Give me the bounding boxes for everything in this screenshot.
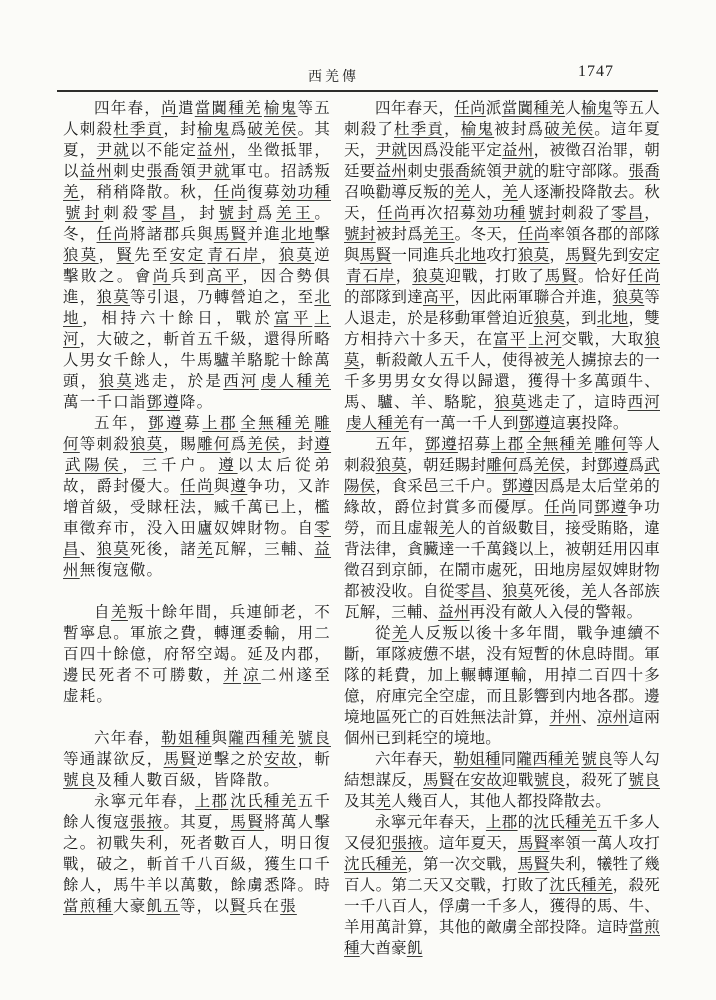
paragraph: 四年春天，任尚派當闐種羌人榆鬼等五人刺殺了杜季貢，榆鬼被封爲破羌侯。這年夏天，尹… bbox=[344, 98, 660, 434]
text-run: 瓦解，三輔、 bbox=[214, 541, 315, 558]
proper-noun: 羌 bbox=[502, 184, 518, 201]
proper-noun: 鄧遵 bbox=[597, 457, 629, 474]
proper-noun: 號封 bbox=[528, 205, 561, 222]
text-run: 。其夏， bbox=[164, 814, 231, 831]
paragraph: 五年，鄧遵募上郡全無種羌雕何等刺殺狼莫，賜雕何爲羌侯，封遵武陽侯，三千户。遵以太… bbox=[63, 413, 331, 581]
proper-noun: 任尚 bbox=[97, 226, 131, 243]
proper-noun: 北地 bbox=[597, 310, 629, 327]
text-run: 募 bbox=[184, 415, 202, 432]
proper-noun: 張喬 bbox=[628, 163, 660, 180]
text-run: 等刺殺 bbox=[80, 436, 130, 453]
text-run: 有一萬一千人到 bbox=[409, 415, 519, 432]
proper-noun: 狼莫 bbox=[412, 268, 445, 285]
text-run: 。這年夏天， bbox=[423, 835, 518, 852]
proper-noun: 張 bbox=[280, 898, 297, 915]
text-run: 六年春， bbox=[94, 730, 161, 747]
proper-noun: 任尚 bbox=[454, 100, 486, 117]
proper-noun: 雕何 bbox=[197, 436, 231, 453]
paragraph: 六年春，勒姐種與隴西種羌號良等通謀欲反，馬賢逆擊之於安故，斬號良及種人數百級，皆… bbox=[63, 728, 331, 791]
proper-noun: 鄧遵 bbox=[148, 415, 184, 432]
proper-noun: 隴西種羌 bbox=[517, 751, 580, 768]
translation-text-column: 四年春天，任尚派當闐種羌人榆鬼等五人刺殺了杜季貢，榆鬼被封爲破羌侯。這年夏天，尹… bbox=[344, 98, 660, 959]
text-run: ，三千户。 bbox=[123, 457, 219, 474]
proper-noun: 狼莫 bbox=[376, 457, 408, 474]
proper-noun: 狼莫 bbox=[99, 373, 135, 390]
text-run: 領 bbox=[180, 163, 197, 180]
proper-noun: 安定 bbox=[170, 247, 206, 264]
proper-noun: 飢五 bbox=[147, 898, 180, 915]
text-run: 四年春， bbox=[94, 100, 161, 117]
text-run: 人幾百人，其他人都投降散去。 bbox=[391, 793, 611, 810]
proper-noun: 上郡 bbox=[195, 793, 229, 810]
proper-noun: 勒姐種 bbox=[454, 751, 501, 768]
proper-noun: 馬賢 bbox=[545, 268, 578, 285]
text-run: 先至 bbox=[134, 247, 170, 264]
text-run: 降。 bbox=[180, 394, 213, 411]
text-run: 等，以 bbox=[180, 898, 230, 915]
text-run: 五年， bbox=[375, 436, 425, 453]
proper-noun: 遵 bbox=[231, 478, 248, 495]
proper-noun: 破羌侯 bbox=[247, 121, 297, 138]
proper-noun: 全無種羌 bbox=[240, 415, 312, 432]
text-run: ，食采邑三千户。 bbox=[376, 478, 502, 495]
proper-noun: 馬賢 bbox=[360, 247, 392, 264]
proper-noun: 任尚 bbox=[180, 478, 214, 495]
proper-noun: 安故 bbox=[264, 751, 298, 768]
proper-noun: 上郡 bbox=[486, 814, 518, 831]
text-run: 刺殺 bbox=[103, 205, 141, 222]
text-run: ，稍稍降散。秋， bbox=[80, 184, 214, 201]
proper-noun: 號良 bbox=[63, 772, 96, 789]
proper-noun: 鄧遵 bbox=[147, 394, 180, 411]
text-run: 爲 bbox=[628, 457, 644, 474]
text-run: 永寧元年春天， bbox=[375, 814, 486, 831]
text-run: 統領 bbox=[470, 163, 502, 180]
page-number: 1747 bbox=[578, 63, 614, 81]
proper-noun: 沈氏種羌 bbox=[533, 814, 596, 831]
text-run: 遣 bbox=[178, 100, 195, 117]
proper-noun: 榆鬼 bbox=[197, 121, 231, 138]
proper-noun: 馬賢 bbox=[565, 247, 597, 264]
proper-noun: 號良 bbox=[534, 772, 566, 789]
proper-noun: 遵 bbox=[218, 457, 237, 474]
text-run: 刺殺了 bbox=[561, 205, 611, 222]
proper-noun: 張喬 bbox=[439, 163, 471, 180]
proper-noun: 鄧遵 bbox=[594, 499, 627, 516]
text-run: 死後， bbox=[534, 583, 581, 600]
proper-noun: 羌侯 bbox=[534, 457, 566, 474]
text-run: ，到 bbox=[565, 310, 597, 327]
text-run: 爲 bbox=[518, 457, 534, 474]
text-run: ， bbox=[444, 121, 461, 138]
proper-noun: 隴西種羌 bbox=[228, 730, 295, 747]
text-run: 、 bbox=[581, 709, 597, 726]
classical-text-column: 四年春，尚遣當闐種羌榆鬼等五人刺殺杜季貢，封榆鬼爲破羌侯。其夏，尹就以不能定益州… bbox=[63, 98, 331, 917]
text-run: 等通謀欲反， bbox=[63, 751, 164, 768]
proper-noun: 益州 bbox=[197, 142, 231, 159]
proper-noun: 益州 bbox=[502, 142, 534, 159]
proper-noun: 破羌侯 bbox=[544, 121, 594, 138]
proper-noun: 遵 bbox=[314, 436, 331, 453]
text-run: 兵在 bbox=[247, 898, 280, 915]
proper-noun: 狼莫 bbox=[613, 289, 645, 306]
proper-noun: 凉 bbox=[243, 667, 261, 684]
text-run: 召唤勸導反叛的 bbox=[344, 184, 455, 201]
text-run: ， bbox=[644, 205, 660, 222]
proper-noun: 張喬 bbox=[147, 163, 181, 180]
proper-noun: 杜季貢 bbox=[394, 121, 444, 138]
text-run: ，封 bbox=[164, 121, 198, 138]
text-run: ，封 bbox=[281, 436, 315, 453]
proper-noun: 任尚 bbox=[518, 226, 550, 243]
text-run: 以不能定 bbox=[130, 142, 197, 159]
text-run: ，斬殺敵人五千人，使得被 bbox=[360, 352, 550, 369]
text-run: 萬一千口詣 bbox=[63, 394, 147, 411]
proper-noun: 羌王 bbox=[423, 226, 455, 243]
text-run: 一同進兵 bbox=[391, 247, 454, 264]
paragraph: 永寧元年春，上郡沈氏種羌五千餘人復寇張掖。其夏，馬賢將萬人擊之。初戰失利，死者數… bbox=[63, 791, 331, 917]
proper-noun: 任尚 bbox=[214, 184, 248, 201]
text-run: 同 bbox=[578, 499, 595, 516]
proper-noun: 零昌 bbox=[455, 583, 487, 600]
proper-noun: 馬賢 bbox=[518, 856, 550, 873]
text-run: 爲 bbox=[231, 436, 248, 453]
proper-noun: 狼莫 bbox=[534, 310, 566, 327]
text-run: 率領一萬人攻打 bbox=[549, 835, 660, 852]
proper-noun: 北地 bbox=[281, 226, 315, 243]
text-run: 等引退，乃轉營迫之，至 bbox=[130, 289, 314, 306]
proper-noun: 尹就 bbox=[197, 163, 231, 180]
text-run: 大酋豪 bbox=[360, 940, 407, 957]
proper-noun: 武陽侯 bbox=[65, 457, 123, 474]
proper-noun: 馬賢 bbox=[423, 772, 455, 789]
text-run: 因爲没能平定 bbox=[407, 142, 502, 159]
proper-noun: 馬賢 bbox=[231, 814, 265, 831]
proper-noun: 西河 bbox=[628, 394, 660, 411]
proper-noun: 尹就 bbox=[97, 142, 131, 159]
proper-noun: 効功種 bbox=[477, 205, 527, 222]
text-run: ， bbox=[99, 247, 117, 264]
text-run: 擊 bbox=[314, 226, 331, 243]
proper-noun: 榆鬼 bbox=[264, 100, 298, 117]
text-run: 交戰，大取 bbox=[561, 331, 644, 348]
text-run: 在 bbox=[455, 772, 471, 789]
proper-noun: 任尚 bbox=[628, 268, 660, 285]
proper-noun: 尚 bbox=[153, 268, 171, 285]
proper-noun: 張掖 bbox=[130, 814, 164, 831]
text-run: 逆擊之於 bbox=[197, 751, 264, 768]
text-run: 招募 bbox=[458, 436, 491, 453]
text-run: 。冬天， bbox=[455, 226, 518, 243]
paragraph: 四年春，尚遣當闐種羌榆鬼等五人刺殺杜季貢，封榆鬼爲破羌侯。其夏，尹就以不能定益州… bbox=[63, 98, 331, 413]
text-run: ， bbox=[261, 247, 279, 264]
proper-noun: 尹就 bbox=[502, 163, 534, 180]
proper-noun: 號封 bbox=[65, 205, 103, 222]
text-run: 逃走了，這時 bbox=[528, 394, 628, 411]
proper-noun: 零昌 bbox=[611, 205, 644, 222]
paragraph: 永寧元年春天，上郡的沈氏種羌五千多人又侵犯張掖。這年夏天，馬賢率領一萬人攻打沈氏… bbox=[344, 812, 660, 959]
text-run: 迎戰 bbox=[502, 772, 534, 789]
proper-noun: 虔人種羌 bbox=[261, 373, 331, 390]
text-run: 再没有敵人入侵的警報。 bbox=[470, 604, 643, 621]
proper-noun: 狼莫 bbox=[279, 247, 315, 264]
proper-noun: 鄧遵 bbox=[502, 478, 534, 495]
text-run: ， bbox=[549, 247, 565, 264]
proper-noun: 狼莫 bbox=[518, 247, 550, 264]
text-run: 四年春天， bbox=[375, 100, 454, 117]
header-rule bbox=[57, 90, 658, 92]
proper-noun: 上河 bbox=[528, 331, 561, 348]
proper-noun: 并州 bbox=[549, 709, 581, 726]
text-run: ，封 bbox=[565, 457, 597, 474]
proper-noun: 凉州 bbox=[597, 709, 629, 726]
proper-noun: 羌 bbox=[549, 352, 565, 369]
text-run: ，因此兩軍聯合并進， bbox=[455, 289, 613, 306]
text-run: 軍屯。招誘叛 bbox=[231, 163, 331, 180]
text-run: 及種人數百級，皆降散。 bbox=[96, 772, 280, 789]
text-run: 人 bbox=[565, 100, 581, 117]
proper-noun: 青石岸 bbox=[207, 247, 260, 264]
text-run: 永寧元年春， bbox=[94, 793, 195, 810]
proper-noun: 狼莫 bbox=[63, 247, 99, 264]
proper-noun: 榆鬼 bbox=[461, 121, 494, 138]
text-run: 被封爲 bbox=[376, 226, 423, 243]
text-run: 。恰好 bbox=[578, 268, 628, 285]
proper-noun: 當闐種羌 bbox=[195, 100, 262, 117]
proper-noun: 當闐種羌 bbox=[502, 100, 565, 117]
proper-noun: 羌王 bbox=[276, 205, 314, 222]
text-run: 爲 bbox=[231, 121, 248, 138]
proper-noun: 飢 bbox=[407, 940, 423, 957]
proper-noun: 羌 bbox=[455, 184, 471, 201]
proper-noun: 益州 bbox=[438, 604, 469, 621]
proper-noun: 尹就 bbox=[376, 142, 408, 159]
proper-noun: 號封 bbox=[344, 226, 376, 243]
text-run: 及其 bbox=[344, 793, 375, 810]
proper-noun: 富平 bbox=[493, 331, 526, 348]
proper-noun: 羌 bbox=[375, 793, 391, 810]
proper-noun: 北地 bbox=[455, 247, 487, 264]
proper-noun: 安定 bbox=[629, 247, 661, 264]
proper-noun: 號良 bbox=[628, 772, 660, 789]
proper-noun: 羌 bbox=[581, 583, 597, 600]
text-run: 自 bbox=[94, 604, 111, 621]
text-run: 攻打 bbox=[486, 247, 518, 264]
text-run: 與 bbox=[212, 730, 229, 747]
text-run: 死後，諸 bbox=[130, 541, 197, 558]
text-run: 將諸郡兵與 bbox=[130, 226, 214, 243]
text-run: ，斬 bbox=[298, 751, 331, 768]
proper-noun: 高平 bbox=[207, 268, 243, 285]
paragraph: 從羌人反叛以後十多年間，戰争連續不斷，軍隊疲憊不堪，没有短暫的休息時間。軍隊的耗… bbox=[344, 623, 660, 749]
text-run: 大豪 bbox=[113, 898, 146, 915]
proper-noun: 狼莫 bbox=[97, 541, 131, 558]
proper-noun: 尚 bbox=[161, 100, 178, 117]
proper-noun: 効功種 bbox=[281, 184, 331, 201]
text-run: ，朝廷賜封 bbox=[407, 457, 486, 474]
text-run: 刺史 bbox=[113, 163, 147, 180]
proper-noun: 羌 bbox=[197, 541, 214, 558]
proper-noun: 沈氏種羌 bbox=[549, 877, 612, 894]
proper-noun: 羌 bbox=[111, 604, 128, 621]
proper-noun: 并 bbox=[223, 667, 241, 684]
text-run: 再次招募 bbox=[410, 205, 476, 222]
proper-noun: 馬賢 bbox=[518, 835, 550, 852]
proper-noun: 狼莫 bbox=[494, 394, 527, 411]
proper-noun: 全無種羌 bbox=[526, 436, 592, 453]
proper-noun: 沈氏種羌 bbox=[230, 793, 297, 810]
text-run: 無復寇儆。 bbox=[80, 562, 164, 579]
text-run: 復募 bbox=[247, 184, 281, 201]
paragraph: 六年春天，勒姐種同隴西種羌號良等人勾結想謀反，馬賢在安故迎戰號良，殺死了號良及其… bbox=[344, 749, 660, 812]
proper-noun: 富平 bbox=[274, 310, 312, 327]
proper-noun: 任尚 bbox=[377, 205, 410, 222]
proper-noun: 榆鬼 bbox=[581, 100, 613, 117]
text-run: ， bbox=[396, 268, 413, 285]
paragraph: 五年，鄧遵招募上郡全無種羌雕何等人刺殺狼莫，朝廷賜封雕何爲羌侯，封鄧遵爲武陽侯，… bbox=[344, 434, 660, 623]
text-run: 的駐守部隊。 bbox=[534, 163, 629, 180]
proper-noun: 號良 bbox=[297, 730, 331, 747]
text-run: 逃走，於是 bbox=[134, 373, 223, 390]
text-run: 的部隊到達 bbox=[344, 289, 423, 306]
text-run: 兵到 bbox=[171, 268, 207, 285]
proper-noun: 當煎種 bbox=[63, 898, 113, 915]
text-run: 、 bbox=[486, 583, 502, 600]
text-run: 爲 bbox=[257, 205, 276, 222]
text-run: ，賜 bbox=[164, 436, 198, 453]
text-run: 同 bbox=[501, 751, 517, 768]
proper-noun: 高平 bbox=[423, 289, 455, 306]
proper-noun: 羌侯 bbox=[247, 436, 281, 453]
text-run: ，相持六十餘日，戰於 bbox=[82, 310, 274, 327]
text-run: 、 bbox=[80, 541, 97, 558]
proper-noun: 虔人種羌 bbox=[346, 415, 409, 432]
proper-noun: 羌 bbox=[439, 520, 455, 537]
page-title: 西羌傳 bbox=[308, 66, 359, 86]
proper-noun: 馬賢 bbox=[164, 751, 198, 768]
proper-noun: 雕何 bbox=[595, 436, 628, 453]
proper-noun: 安故 bbox=[470, 772, 502, 789]
proper-noun: 張掖 bbox=[391, 835, 423, 852]
proper-noun: 沈氏種羌 bbox=[344, 856, 407, 873]
proper-noun: 賢 bbox=[116, 247, 134, 264]
text-run: ，第一次交戰， bbox=[407, 856, 518, 873]
proper-noun: 上郡 bbox=[202, 415, 238, 432]
proper-noun: 任尚 bbox=[544, 499, 577, 516]
text-run: 并進 bbox=[247, 226, 281, 243]
text-run: 派 bbox=[486, 100, 502, 117]
proper-noun: 狼莫 bbox=[502, 583, 534, 600]
text-run: 人， bbox=[470, 184, 502, 201]
text-run: 迎戰，打敗了 bbox=[445, 268, 544, 285]
proper-noun: 杜季貢 bbox=[113, 121, 163, 138]
text-run: ，封 bbox=[180, 205, 218, 222]
proper-noun: 益州 bbox=[80, 163, 114, 180]
proper-noun: 鄧遵 bbox=[519, 415, 550, 432]
text-run: 從 bbox=[375, 625, 392, 642]
text-run: 先到 bbox=[597, 247, 629, 264]
text-run: 刺史 bbox=[407, 163, 439, 180]
proper-noun: 狼莫 bbox=[130, 436, 164, 453]
book-page: 西羌傳 1747 四年春，尚遣當闐種羌榆鬼等五人刺殺杜季貢，封榆鬼爲破羌侯。其夏… bbox=[0, 0, 716, 1000]
text-run: 的 bbox=[518, 814, 534, 831]
proper-noun: 西河 bbox=[223, 373, 259, 390]
proper-noun: 賢 bbox=[230, 898, 247, 915]
text-run: 五年， bbox=[94, 415, 148, 432]
proper-noun: 零昌 bbox=[142, 205, 180, 222]
proper-noun: 羌 bbox=[63, 184, 80, 201]
proper-noun: 雕何 bbox=[486, 457, 518, 474]
proper-noun: 上郡 bbox=[491, 436, 524, 453]
proper-noun: 羌 bbox=[392, 625, 409, 642]
proper-noun: 馬賢 bbox=[214, 226, 248, 243]
proper-noun: 狼莫 bbox=[97, 289, 131, 306]
proper-noun: 號封 bbox=[218, 205, 256, 222]
paragraph: 自羌叛十餘年間，兵連師老，不暫寧息。軍旅之費，轉運委輸，用二百四十餘億，府帑空竭… bbox=[63, 602, 331, 707]
proper-noun: 鄧遵 bbox=[425, 436, 458, 453]
proper-noun: 勒姐種 bbox=[161, 730, 211, 747]
proper-noun: 青石岸 bbox=[346, 268, 396, 285]
text-run: 被封爲 bbox=[494, 121, 544, 138]
text-run: ，殺死了 bbox=[565, 772, 628, 789]
text-run: 這裏投降。 bbox=[550, 415, 629, 432]
text-run: 與 bbox=[214, 478, 231, 495]
text-run: 六年春天， bbox=[375, 751, 454, 768]
proper-noun: 益州 bbox=[376, 163, 408, 180]
proper-noun: 號良 bbox=[581, 751, 612, 768]
